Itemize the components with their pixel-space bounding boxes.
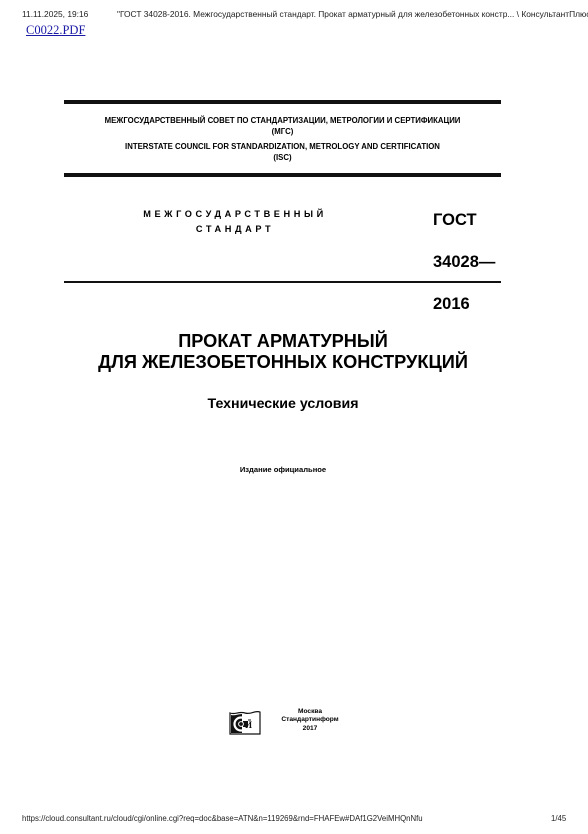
publication-year: 2017 <box>270 725 350 733</box>
council-abbr-ru: (МГС) <box>64 127 501 138</box>
council-abbr-en: (ISC) <box>64 153 501 164</box>
print-source-url: https://cloud.consultant.ru/cloud/cgi/on… <box>22 814 423 823</box>
council-name-ru: МЕЖГОСУДАРСТВЕННЫЙ СОВЕТ ПО СТАНДАРТИЗАЦ… <box>64 116 501 137</box>
publisher-info: Москва Стандартинформ 2017 <box>270 708 350 733</box>
publisher-name: Стандартинформ <box>270 716 350 724</box>
document-title-line2: ДЛЯ ЖЕЛЕЗОБЕТОННЫХ КОНСТРУКЦИЙ <box>40 352 526 373</box>
council-name-ru-text: МЕЖГОСУДАРСТВЕННЫЙ СОВЕТ ПО СТАНДАРТИЗАЦ… <box>64 116 501 127</box>
document-title-line1: ПРОКАТ АРМАТУРНЫЙ <box>40 331 526 352</box>
gost-designation: ГОСТ 34028— 2016 <box>433 189 495 336</box>
middle-divider <box>64 173 501 177</box>
gost-number: 34028— <box>433 252 495 273</box>
council-name-en: INTERSTATE COUNCIL FOR STANDARDIZATION, … <box>64 142 501 163</box>
print-datetime: 11.11.2025, 19:16 <box>22 9 88 19</box>
print-document-title: "ГОСТ 34028-2016. Межгосударственный ста… <box>117 9 588 19</box>
standard-type-line2: СТАНДАРТ <box>110 222 360 237</box>
council-name-en-text: INTERSTATE COUNCIL FOR STANDARDIZATION, … <box>64 142 501 153</box>
edition-note: Издание официальное <box>40 465 526 474</box>
standartinform-logo-icon: И <box>229 709 261 735</box>
publisher-city: Москва <box>270 708 350 716</box>
document-subtitle: Технические условия <box>40 396 526 412</box>
svg-text:И: И <box>245 720 252 730</box>
document-title: ПРОКАТ АРМАТУРНЫЙ ДЛЯ ЖЕЛЕЗОБЕТОННЫХ КОН… <box>40 331 526 373</box>
lower-divider <box>64 281 501 283</box>
page-counter: 1/45 <box>551 814 566 823</box>
gost-year: 2016 <box>433 294 495 315</box>
standard-type-line1: МЕЖГОСУДАРСТВЕННЫЙ <box>110 207 360 222</box>
standard-type: МЕЖГОСУДАРСТВЕННЫЙ СТАНДАРТ <box>110 207 360 237</box>
pdf-file-link[interactable]: C0022.PDF <box>26 23 85 38</box>
gost-label: ГОСТ <box>433 210 495 231</box>
top-divider <box>64 100 501 104</box>
